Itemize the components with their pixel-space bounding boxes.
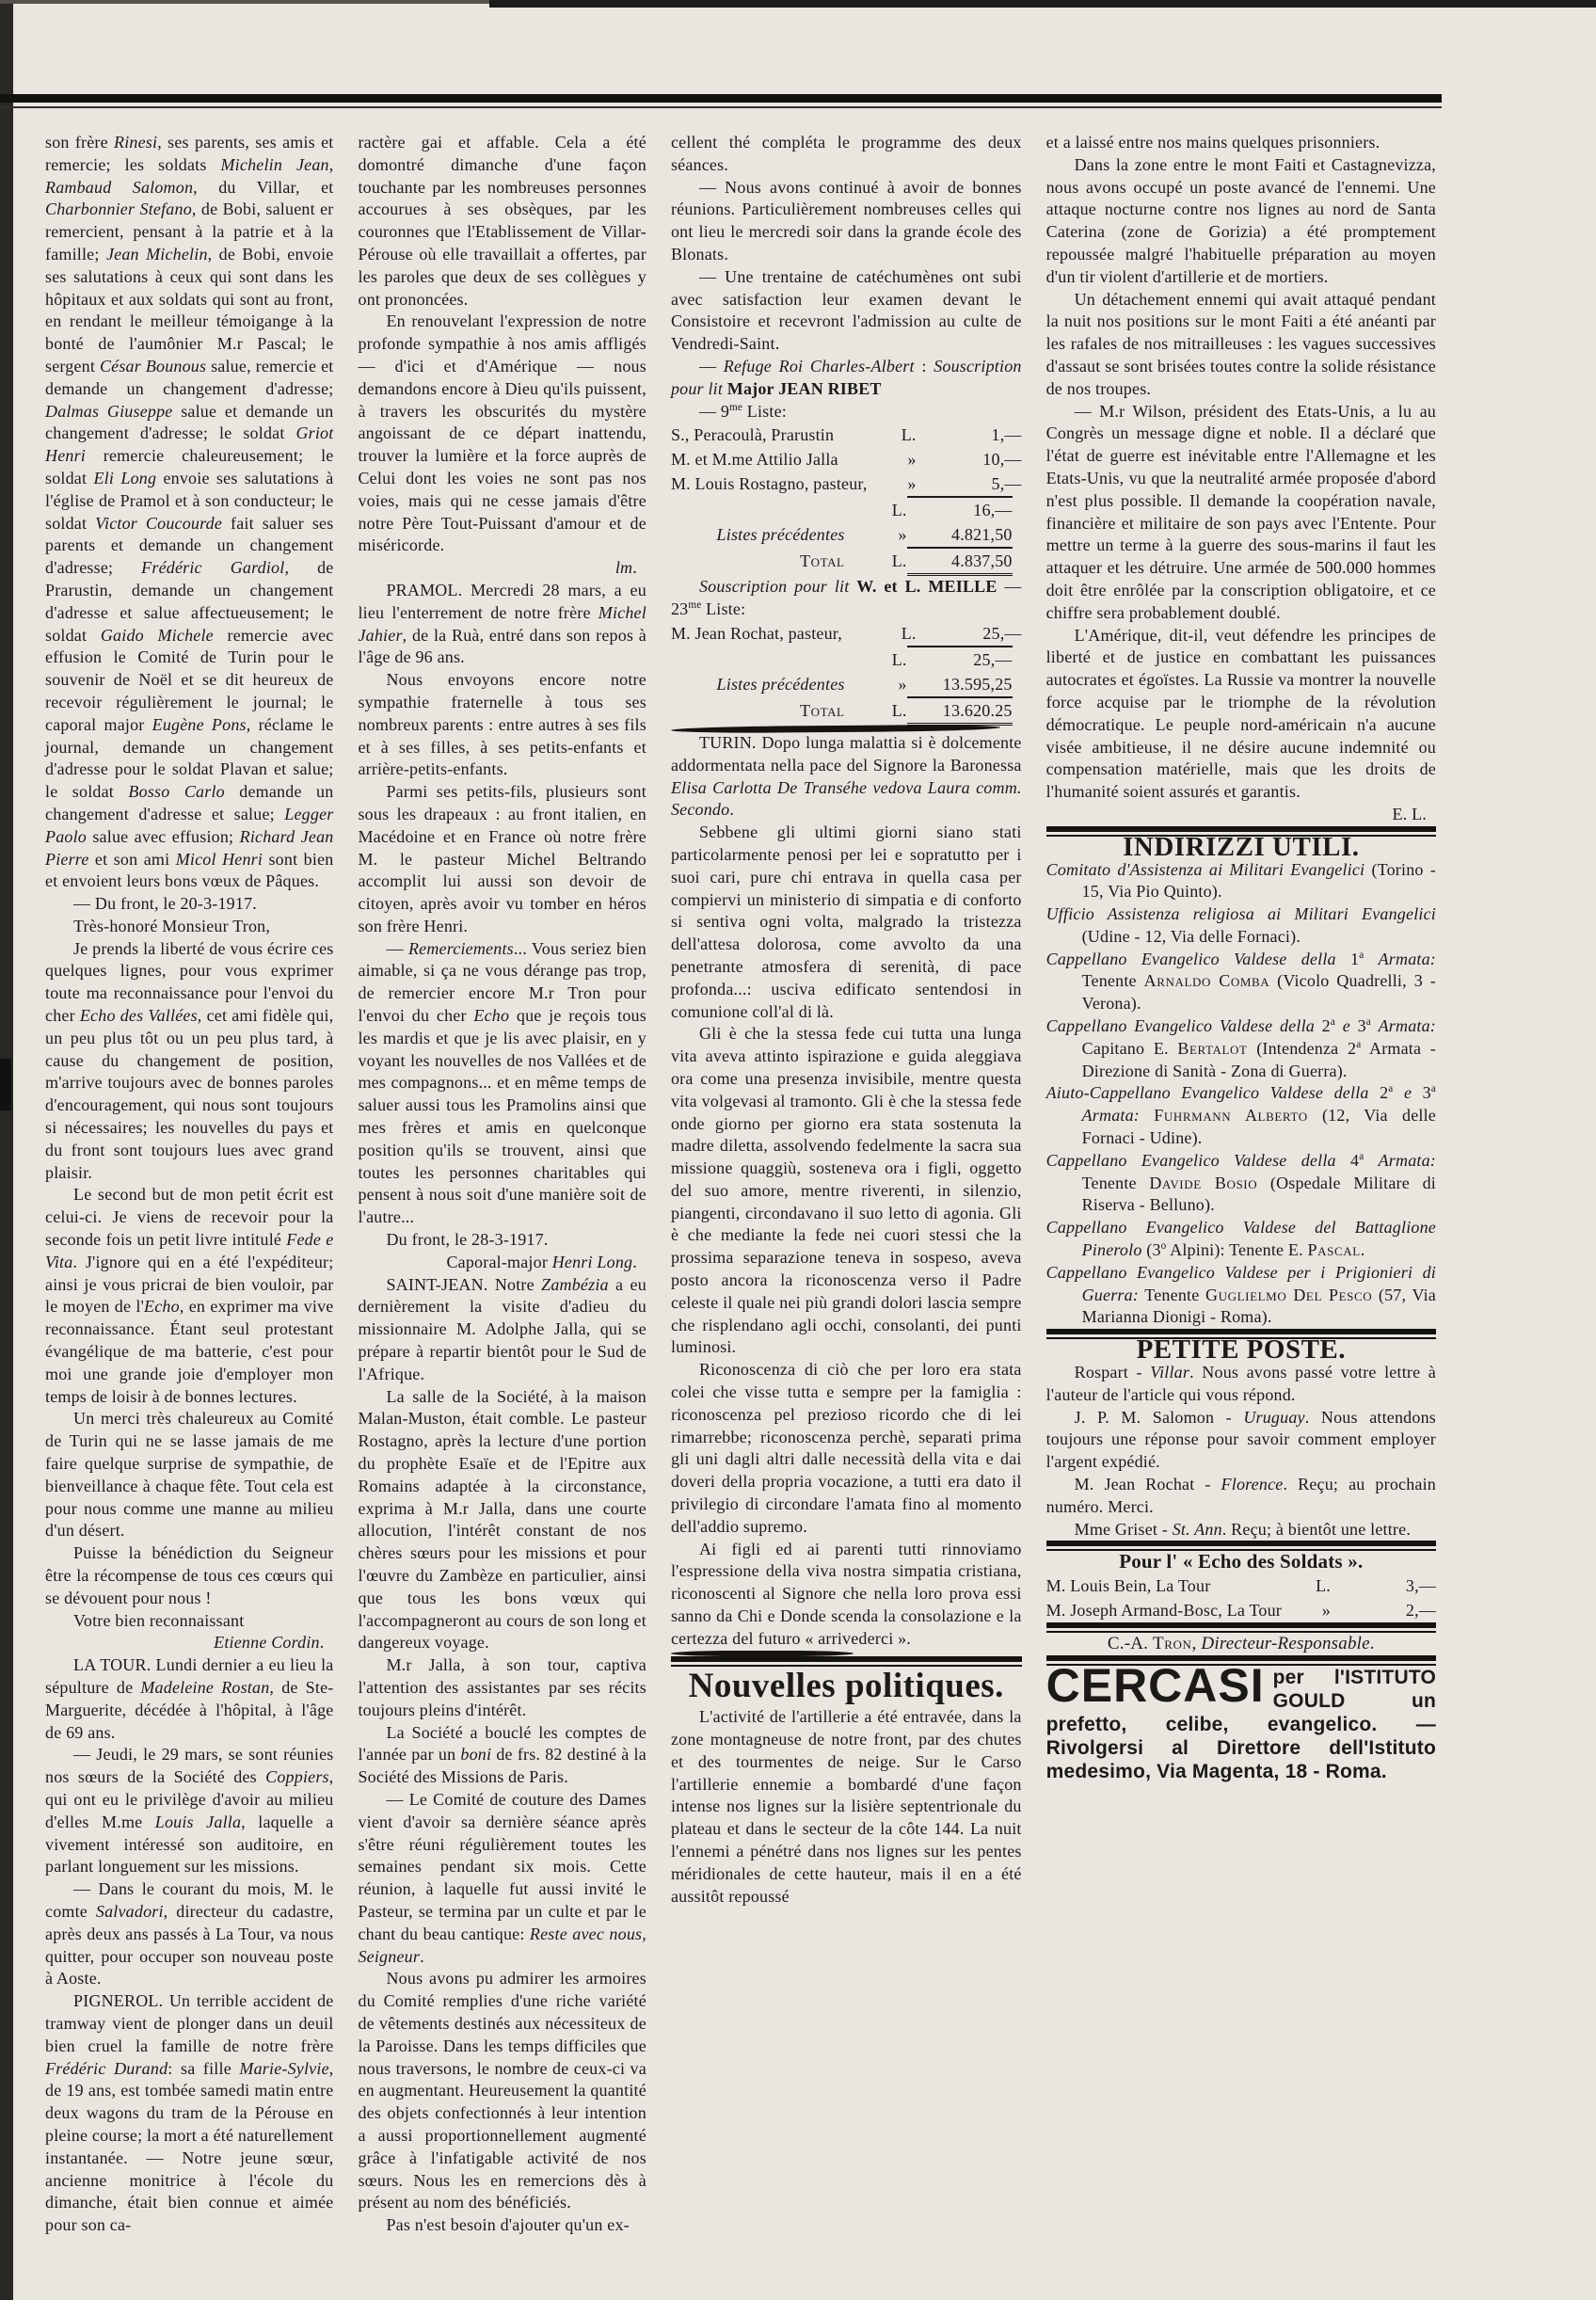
paragraph: PIGNEROL. Un terrible accident de tramwa… xyxy=(45,1990,333,2237)
subscription-cur: » xyxy=(868,471,917,496)
subscription-amt: 16,— xyxy=(907,496,1013,522)
paragraph: TURIN. Dopo lunga malattia si è dolcemen… xyxy=(671,732,1022,822)
address-entry: Cappellano Evangelico Valdese della 4a A… xyxy=(1046,1150,1436,1217)
column-layout: son frère Rinesi, ses parents, ses amis … xyxy=(45,132,1436,2237)
paragraph: Souscription pour lit W. et L. MEILLE — … xyxy=(671,576,1022,621)
address-entry: Aiuto-Cappellano Evangelico Valdese dell… xyxy=(1046,1082,1436,1149)
paragraph: — Une trentaine de catéchumènes ont subi… xyxy=(671,266,1022,356)
subscription-amt: 13.620.25 xyxy=(907,696,1013,726)
paragraph: Un détachement ennemi qui avait attaqué … xyxy=(1046,289,1436,401)
paragraph: Sebbene gli ultimi giorni siano stati pa… xyxy=(671,822,1022,1023)
subscription-row: Listes précédentes»13.595,25 xyxy=(671,672,1022,696)
subscription-amt: 5,— xyxy=(917,471,1022,496)
paragraph: Rospart - Villar. Nous avons passé votre… xyxy=(1046,1362,1436,1407)
address-entry: Comitato d'Assistenza ai Militari Evange… xyxy=(1046,859,1436,904)
subscription-cur: » xyxy=(1282,1598,1331,1622)
paragraph: Pas n'est besoin d'ajouter qu'un ex- xyxy=(358,2214,646,2237)
subscription-amt: 13.595,25 xyxy=(907,672,1013,696)
subscription-label: Total xyxy=(671,549,858,573)
section-heading: PETITE POSTE. xyxy=(1046,1339,1436,1362)
subscription-row: M. Louis Rostagno, pasteur,»5,— xyxy=(671,471,1022,496)
section-title: Nouvelles politiques. xyxy=(671,1667,1022,1707)
paragraph: La salle de la Société, à la maison Mala… xyxy=(358,1386,646,1655)
subscription-amt: 10,— xyxy=(917,447,1022,471)
subscription-cur: L. xyxy=(858,647,907,672)
subscription-cur: L. xyxy=(868,621,917,646)
paragraph: L'activité de l'artillerie a été entravé… xyxy=(671,1706,1022,1908)
subscription-label: Total xyxy=(671,698,858,723)
subscription-amt: 25,— xyxy=(907,646,1013,672)
subscription-cur: » xyxy=(858,672,907,696)
subscription-label: M. Louis Bein, La Tour xyxy=(1046,1573,1282,1598)
paragraph: — Refuge Roi Charles-Albert : Souscripti… xyxy=(671,356,1022,401)
paragraph: — Le Comité de couture des Dames vient d… xyxy=(358,1789,646,1968)
paragraph: Un merci très chaleureux au Comité de Tu… xyxy=(45,1408,333,1542)
scan-edge-artifact xyxy=(0,1059,11,1110)
address-entry: Cappellano Evangelico Valdese del Battag… xyxy=(1046,1217,1436,1262)
paragraph-continued: ractère gai et affable. Cela a été domon… xyxy=(358,132,646,311)
paragraph: — M.r Wilson, président des Etats-Unis, … xyxy=(1046,401,1436,625)
paragraph: — Du front, le 20-3-1917. xyxy=(45,893,333,916)
paragraph: J. P. M. Salomon - Uruguay. Nous attendo… xyxy=(1046,1407,1436,1474)
masthead-rule-thin xyxy=(0,106,1442,108)
subscription-label: M. Jean Rochat, pasteur, xyxy=(671,621,868,646)
address-entry: Cappellano Evangelico Valdese della 2a e… xyxy=(1046,1015,1436,1082)
paragraph: Gli è che la stessa fede cui tutta una l… xyxy=(671,1023,1022,1359)
subscription-cur: L. xyxy=(858,549,907,573)
address-entry: Cappellano Evangelico Valdese per i Prig… xyxy=(1046,1262,1436,1329)
scan-edge-artifact xyxy=(489,0,1596,8)
subsection-heading: Pour l' « Echo des Soldats ». xyxy=(1046,1551,1436,1573)
paragraph: — Nous avons continué à avoir de bonnes … xyxy=(671,177,1022,266)
divider-double xyxy=(1046,1622,1436,1633)
paragraph: LA TOUR. Lundi dernier a eu lieu la sépu… xyxy=(45,1654,333,1744)
newspaper-page: son frère Rinesi, ses parents, ses amis … xyxy=(0,0,1596,2300)
paragraph: L'Amérique, dit-il, veut défendre les pr… xyxy=(1046,625,1436,804)
paragraph: Riconoscenza di ciò che per loro era sta… xyxy=(671,1359,1022,1538)
signature-line: lm. xyxy=(358,557,646,580)
address-entry: Cappellano Evangelico Valdese della 1a A… xyxy=(1046,949,1436,1015)
column-1: son frère Rinesi, ses parents, ses amis … xyxy=(45,132,333,2237)
paragraph: Puisse la bénédiction du Seigneur être l… xyxy=(45,1542,333,1609)
paragraph: — Jeudi, le 29 mars, se sont réunies nos… xyxy=(45,1744,333,1878)
paragraph-continued: et a laissé entre nos mains quelques pri… xyxy=(1046,132,1436,154)
paragraph: Nous avons pu admirer les armoires du Co… xyxy=(358,1968,646,2214)
subscription-label: S., Peracoulà, Prarustin xyxy=(671,423,868,447)
paragraph: Je prends la liberté de vous écrire ces … xyxy=(45,938,333,1185)
paragraph: SAINT-JEAN. Notre Zambézia a eu dernière… xyxy=(358,1274,646,1386)
subscription-cur: » xyxy=(858,522,907,547)
signature-line: Caporal-major Henri Long. xyxy=(358,1252,646,1274)
scan-edge-artifact xyxy=(0,0,489,4)
paragraph: M. Jean Rochat - Florence. Reçu; au proc… xyxy=(1046,1474,1436,1519)
subscription-cur: » xyxy=(868,447,917,471)
paragraph: En renouvelant l'expression de notre pro… xyxy=(358,311,646,557)
subscription-cur: L. xyxy=(858,698,907,723)
address-entry: Ufficio Assistenza religiosa ai Militari… xyxy=(1046,903,1436,949)
subscription-amt: 25,— xyxy=(917,621,1022,646)
subscription-label: M. Joseph Armand-Bosc, La Tour xyxy=(1046,1598,1282,1622)
subscription-cur: L. xyxy=(868,423,917,447)
imprint-line: C.-A. Tron, Directeur-Responsable. xyxy=(1046,1633,1436,1655)
divider-double xyxy=(671,1656,1022,1667)
paragraph: Ai figli ed ai parenti tutti rinnoviamo … xyxy=(671,1539,1022,1651)
column-2: ractère gai et affable. Cela a été domon… xyxy=(358,132,646,2237)
paragraph: Votre bien reconnaissant xyxy=(45,1610,333,1633)
subscription-row: TotalL.13.620.25 xyxy=(671,696,1022,726)
paragraph: M.r Jalla, à son tour, captiva l'attenti… xyxy=(358,1654,646,1721)
subscription-amt: 4.821,50 xyxy=(907,522,1013,547)
signature-line: Etienne Cordin. xyxy=(45,1632,333,1654)
subscription-label: M. Louis Rostagno, pasteur, xyxy=(671,471,868,496)
paragraph: — Remerciements... Vous seriez bien aima… xyxy=(358,938,646,1229)
subscription-row: M. Louis Bein, La TourL.3,— xyxy=(1046,1573,1436,1598)
paragraph: — 9me Liste: xyxy=(671,401,1022,423)
classified-ad: CERCASIper l'ISTITUTO GOULD un prefetto,… xyxy=(1046,1666,1436,1783)
subscription-row: TotalL.4.837,50 xyxy=(671,547,1022,576)
subscription-row: L.16,— xyxy=(671,496,1022,522)
masthead-rule xyxy=(0,94,1442,103)
section-heading: INDIRIZZI UTILI. xyxy=(1046,837,1436,859)
subscription-amt: 2,— xyxy=(1331,1598,1436,1622)
paragraph: Très-honoré Monsieur Tron, xyxy=(45,916,333,938)
subscription-row: L.25,— xyxy=(671,646,1022,672)
subscription-row: Listes précédentes»4.821,50 xyxy=(671,522,1022,547)
column-4: et a laissé entre nos mains quelques pri… xyxy=(1046,132,1436,2237)
paragraph: PRAMOL. Mercredi 28 mars, a eu lieu l'en… xyxy=(358,580,646,669)
subscription-cur: L. xyxy=(858,498,907,522)
subscription-cur: L. xyxy=(1282,1573,1331,1598)
subscription-row: M. Jean Rochat, pasteur,L.25,— xyxy=(671,621,1022,646)
subscription-label: M. et M.me Attilio Jalla xyxy=(671,447,868,471)
paragraph: Nous envoyons encore notre sympathie fra… xyxy=(358,669,646,781)
paragraph: Mme Griset - St. Ann. Reçu; à bientôt un… xyxy=(1046,1519,1436,1541)
column-3: cellent thé compléta le programme des de… xyxy=(671,132,1022,2237)
scan-edge-artifact xyxy=(0,0,13,2300)
paragraph-continued: son frère Rinesi, ses parents, ses amis … xyxy=(45,132,333,893)
ad-lead-word: CERCASI xyxy=(1046,1666,1265,1705)
subscription-row: M. et M.me Attilio Jalla»10,— xyxy=(671,447,1022,471)
paragraph: — Dans le courant du mois, M. le comte S… xyxy=(45,1878,333,1990)
paragraph-continued: cellent thé compléta le programme des de… xyxy=(671,132,1022,177)
subscription-row: S., Peracoulà, PrarustinL.1,— xyxy=(671,423,1022,447)
signature-line: E. L. xyxy=(1046,804,1436,826)
subscription-label: Listes précédentes xyxy=(671,672,858,696)
paragraph: Du front, le 28-3-1917. xyxy=(358,1229,646,1252)
subscription-amt: 1,— xyxy=(917,423,1022,447)
paragraph: Le second but de mon petit écrit est cel… xyxy=(45,1184,333,1408)
subscription-amt: 3,— xyxy=(1331,1573,1436,1598)
subscription-label: Listes précédentes xyxy=(671,522,858,547)
paragraph: Parmi ses petits-fils, plusieurs sont so… xyxy=(358,781,646,938)
paragraph: La Société a bouclé les comptes de l'ann… xyxy=(358,1722,646,1789)
paragraph: Dans la zone entre le mont Faiti et Cast… xyxy=(1046,154,1436,289)
subscription-amt: 4.837,50 xyxy=(907,547,1013,576)
subscription-row: M. Joseph Armand-Bosc, La Tour»2,— xyxy=(1046,1598,1436,1622)
